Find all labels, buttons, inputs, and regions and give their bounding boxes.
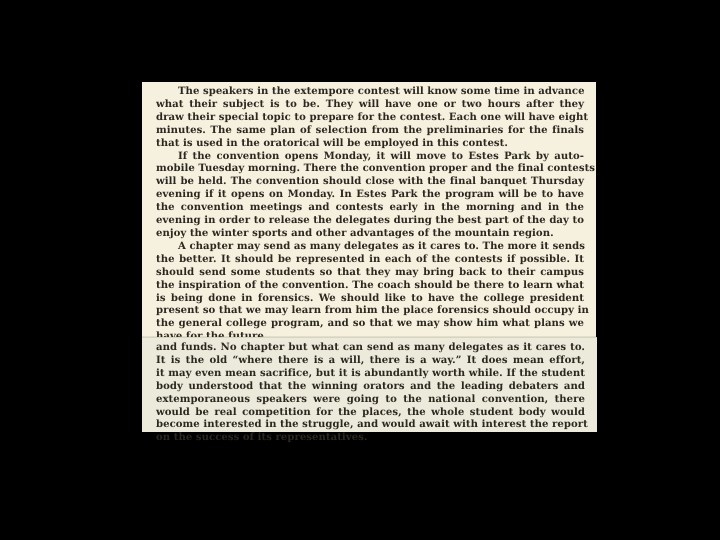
text-line: enjoy the winter sports and other advant… — [156, 228, 584, 241]
text-line: will be held. The convention should clos… — [156, 176, 584, 189]
newspaper-clipping-bottom: and funds. No chapter but what can send … — [142, 337, 597, 432]
text-line: evening if it opens on Monday. In Estes … — [156, 189, 584, 202]
text-line: on the success of its representatives. — [156, 432, 585, 445]
text-line: mobile Tuesday morning. There the conven… — [156, 163, 584, 176]
text-line: it may even mean sacrifice, but it is ab… — [156, 368, 585, 381]
text-line: the better. It should be represented in … — [156, 254, 584, 267]
text-line: It is the old “where there is a will, th… — [156, 355, 585, 368]
text-line: that is used in the oratorical will be e… — [156, 138, 584, 151]
text-line: should send some students so that they m… — [156, 267, 584, 280]
text-line: body understood that the winning orators… — [156, 381, 585, 394]
text-line: what their subject is to be. They will h… — [156, 99, 584, 112]
text-line: evening in order to release the delegate… — [156, 215, 584, 228]
text-line: would be real competition for the places… — [156, 407, 585, 420]
text-line: and funds. No chapter but what can send … — [156, 342, 585, 355]
paragraph-estes-park: If the convention opens Monday, it will … — [156, 151, 584, 241]
text-line: the general college program, and so that… — [156, 318, 584, 331]
text-line: The speakers in the extempore contest wi… — [156, 86, 584, 99]
text-line: present so that we may learn from him th… — [156, 305, 584, 318]
text-line: If the convention opens Monday, it will … — [156, 151, 584, 164]
text-line: draw their special topic to prepare for … — [156, 112, 584, 125]
paragraph-plans-continued: and funds. No chapter but what can send … — [156, 342, 585, 445]
text-line: become interested in the struggle, and w… — [156, 419, 585, 432]
text-line: minutes. The same plan of selection from… — [156, 125, 584, 138]
text-line: the convention meetings and contests ear… — [156, 202, 584, 215]
text-line: is being done in forensics. We should li… — [156, 293, 584, 306]
text-line: extemporaneous speakers were going to th… — [156, 394, 585, 407]
text-line: A chapter may send as many delegates as … — [156, 241, 584, 254]
text-line: the inspiration of the convention. The c… — [156, 280, 584, 293]
paragraph-delegates: A chapter may send as many delegates as … — [156, 241, 584, 344]
newspaper-clipping-top: The speakers in the extempore contest wi… — [142, 82, 596, 340]
paragraph-extempore: The speakers in the extempore contest wi… — [156, 86, 584, 151]
